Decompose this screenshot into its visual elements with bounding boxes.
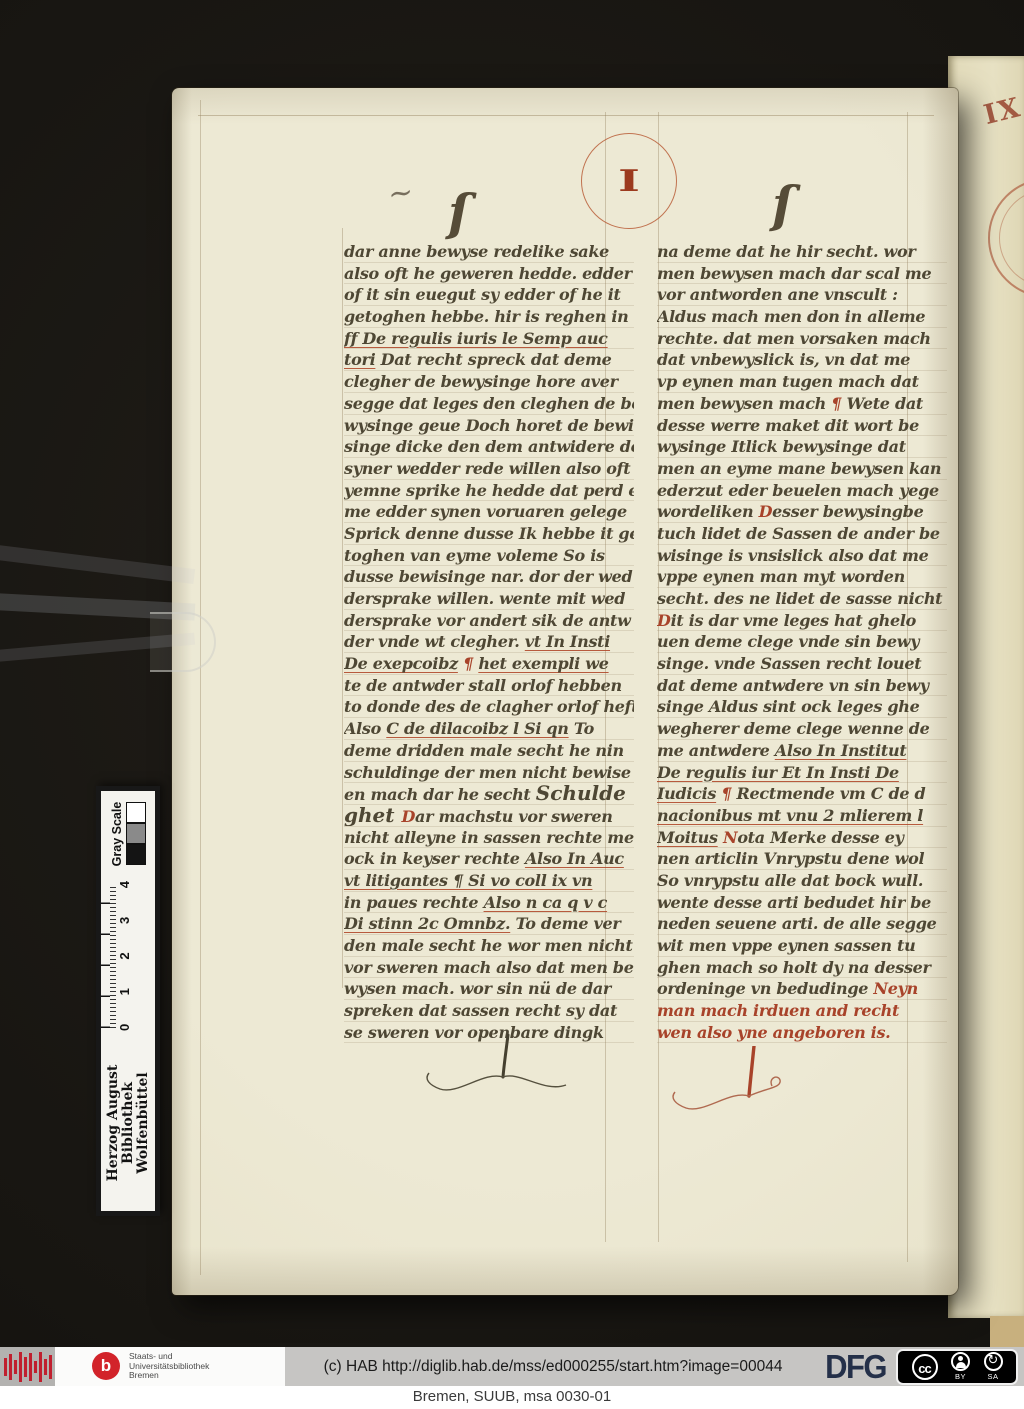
gray-scale-swatches <box>126 803 146 866</box>
sa-label: SA <box>987 1372 998 1381</box>
manuscript-line: me edder synen voruaren gelege <box>344 501 634 523</box>
manuscript-line: wordeliken Desser bewysingbe <box>657 501 947 523</box>
manuscript-line: vppe eynen man myt worden <box>657 566 947 588</box>
hab-barcode-logo <box>0 1347 55 1386</box>
manuscript-line: wysinge geue Doch horet de bewi <box>344 415 634 437</box>
share-alike-icon: ↻ <box>984 1352 1003 1371</box>
manuscript-line: na deme dat he hir secht. wor <box>657 241 947 263</box>
hab-bar <box>44 1359 47 1375</box>
manuscript-line: Dit is dar vme leges hat ghelo <box>657 610 947 632</box>
manuscript-line: nacionibus mt vnu 2 mlierem l <box>657 805 947 827</box>
manuscript-line: vt litigantes ¶ Si vo coll ix vn <box>344 870 634 892</box>
manuscript-line: man mach irduen and recht <box>657 1000 947 1022</box>
manuscript-line: ock in keyser rechte Also In Auc <box>344 848 634 870</box>
manuscript-line: tuch lidet de Sassen de ander be <box>657 523 947 545</box>
page-clip <box>150 612 216 672</box>
cc-license-badge: cc BY ↻ SA <box>896 1349 1018 1385</box>
pen-flourish-icon <box>420 1033 580 1105</box>
manuscript-line: syner wedder rede willen also oft <box>344 458 634 480</box>
manuscript-line: desse werre maket dit wort be <box>657 415 947 437</box>
manuscript-line: nen articlin Vnrypstu dene wol <box>657 848 947 870</box>
folio-circle: I <box>581 133 677 229</box>
next-folio-circle <box>988 178 1024 298</box>
hab-bar <box>34 1361 37 1373</box>
manuscript-page: I ~ ſ ſ dar anne bewyse redelike sakeals… <box>172 88 958 1295</box>
manuscript-line: singe. vnde Sassen recht louet <box>657 653 947 675</box>
hab-bar <box>39 1352 42 1382</box>
hab-bar <box>24 1357 27 1377</box>
ruler-number: 3 <box>117 917 132 924</box>
manuscript-line: yemne sprike he hedde dat perd e <box>344 480 634 502</box>
bremen-library-name: Staats- undUniversitätsbibliothekBremen <box>129 1352 209 1381</box>
copyright-text: (c) HAB http://diglib.hab.de/mss/ed00025… <box>285 1358 821 1376</box>
manuscript-line: dusse bewisinge nar. dor der wed <box>344 566 634 588</box>
manuscript-line: Moitus Nota Merke desse ey <box>657 827 947 849</box>
sa-sharealike: ↻ SA <box>984 1352 1003 1381</box>
ruling-line <box>342 228 343 988</box>
manuscript-line: men an eyme mane bewysen kan <box>657 458 947 480</box>
next-page-edge: IX <box>948 56 1024 1318</box>
manuscript-line: rechte. dat men vorsaken mach <box>657 328 947 350</box>
manuscript-line: also oft he geweren hedde. edder <box>344 263 634 285</box>
column-mark-icon: ſ <box>448 188 470 238</box>
scan-viewer: IX I ~ ſ ſ dar anne bewyse redelike sake… <box>0 0 1024 1409</box>
manuscript-line: nicht alleyne in sassen rechte mer <box>344 827 634 849</box>
caption-text: Bremen, SUUB, msa 0030-01 <box>0 1386 1024 1409</box>
bremen-b-icon: b <box>92 1352 120 1380</box>
manuscript-line: vor sweren mach also dat men be <box>344 957 634 979</box>
ruler-scale: 01234 <box>101 877 132 1035</box>
by-attribution: BY <box>951 1352 970 1381</box>
manuscript-line: wit men vppe eynen sassen tu <box>657 935 947 957</box>
manuscript-line: Also C de dilacoibz l Si qn To <box>344 718 634 740</box>
photo-background: IX I ~ ſ ſ dar anne bewyse redelike sake… <box>0 0 1024 1347</box>
manuscript-line: singe dicke den dem antwidere dor <box>344 436 634 458</box>
manuscript-line: ff De regulis iuris le Semp auc <box>344 328 634 350</box>
manuscript-line: ghen mach so holt dy na desser <box>657 957 947 979</box>
gray-scale-title: Gray Scale <box>110 802 124 867</box>
manuscript-line: Iudicis ¶ Rectmende vm C de d <box>657 783 947 805</box>
manuscript-line: tori Dat recht spreck dat deme <box>344 349 634 371</box>
hab-bar <box>4 1358 7 1376</box>
bremen-text-line: Bremen <box>129 1371 209 1381</box>
manuscript-line: toghen van eyme voleme So is <box>344 545 634 567</box>
hab-bar <box>14 1360 17 1374</box>
manuscript-line: dat vnbewyslick is, vn dat me <box>657 349 947 371</box>
dfg-logo: DFG <box>825 1347 886 1386</box>
manuscript-line: De regulis iur Et In Insti De <box>657 762 947 784</box>
manuscript-line: dat deme antwdere vn sin bewy <box>657 675 947 697</box>
hab-bar <box>29 1353 32 1381</box>
gray-scale-patch: Gray Scale <box>110 791 146 877</box>
pen-squiggle-icon: ~ <box>386 174 416 212</box>
manuscript-line: dersprake willen. wente mit wed <box>344 588 634 610</box>
gray-swatch <box>126 824 146 845</box>
manuscript-line: en mach dar he secht Schulde <box>344 783 634 805</box>
ruler-number: 2 <box>117 952 132 959</box>
manuscript-line: wente desse arti bedudet hir be <box>657 892 947 914</box>
manuscript-line: vor antworden ane vnscult : <box>657 284 947 306</box>
library-city: Wolfenbüttel <box>136 1035 151 1211</box>
manuscript-line: uen deme clege vnde sin bewy <box>657 631 947 653</box>
ruler-number: 1 <box>117 988 132 995</box>
manuscript-line: getoghen hebbe. hir is reghen in <box>344 306 634 328</box>
hab-bar <box>9 1354 12 1380</box>
manuscript-line: wysen mach. wor sin nü de dar <box>344 978 634 1000</box>
hab-bar <box>49 1355 52 1379</box>
manuscript-line: So vnrypstu alle dat bock wull. <box>657 870 947 892</box>
ruler-numbers: 01234 <box>116 877 132 1035</box>
manuscript-line: Di stinn 2c Omnbz. To deme ver <box>344 913 634 935</box>
manuscript-line: deme dridden male secht he nin <box>344 740 634 762</box>
gray-scale-ruler: Herzog August Bibliothek Wolfenbüttel 01… <box>96 1216 526 1280</box>
page-clip-arm <box>0 543 195 584</box>
next-folio-inner-ring <box>999 189 1024 287</box>
manuscript-line: wysinge Itlick bewysinge dat <box>657 436 947 458</box>
manuscript-line: men bewysen mach ¶ Wete dat <box>657 393 947 415</box>
manuscript-line: me antwdere Also In Institut <box>657 740 947 762</box>
manuscript-line: spreken dat sassen recht sy dat <box>344 1000 634 1022</box>
cc-icon: cc <box>912 1354 938 1380</box>
manuscript-line: schuldinge der men nicht bewise <box>344 762 634 784</box>
manuscript-line: in paues rechte Also n ca q v c <box>344 892 634 914</box>
next-folio-number: IX <box>981 92 1024 131</box>
text-column-right: na deme dat he hir secht. wormen bewysen… <box>657 241 947 1043</box>
ruler-number: 0 <box>117 1024 132 1031</box>
manuscript-line: der vnde wt clegher. vt In Insti <box>344 631 634 653</box>
manuscript-line: singe Aldus sint ock leges ghe <box>657 696 947 718</box>
footer-bar: b Staats- undUniversitätsbibliothekBreme… <box>0 1347 1024 1386</box>
manuscript-line: dersprake vor andert sik de antw <box>344 610 634 632</box>
ruler-number: 4 <box>117 881 132 888</box>
bremen-library-logo: b Staats- undUniversitätsbibliothekBreme… <box>55 1347 285 1386</box>
text-column-left: dar anne bewyse redelike sakealso oft he… <box>344 241 634 1043</box>
ruling-line <box>198 115 934 116</box>
next-page-corner <box>990 1316 1024 1347</box>
manuscript-line: ederzut eder beuelen mach yege <box>657 480 947 502</box>
manuscript-line: men bewysen mach dar scal me <box>657 263 947 285</box>
manuscript-line: Sprick denne dusse Ik hebbe it ge <box>344 523 634 545</box>
person-icon <box>951 1352 970 1371</box>
manuscript-line: te de antwder stall orlof hebben <box>344 675 634 697</box>
manuscript-line: wen also yne angeboren is. <box>657 1022 947 1044</box>
manuscript-line: wisinge is vnsislick also dat me <box>657 545 947 567</box>
manuscript-line: secht. des ne lidet de sasse nicht <box>657 588 947 610</box>
manuscript-line: of it sin euegut sy edder of he it <box>344 284 634 306</box>
manuscript-line: De exepcoibz ¶ het exempli we <box>344 653 634 675</box>
ruler-library-label: Herzog August Bibliothek Wolfenbüttel <box>106 1035 151 1211</box>
by-label: BY <box>955 1372 966 1381</box>
manuscript-line: wegherer deme clege wenne de <box>657 718 947 740</box>
manuscript-line: Aldus mach men don in alleme <box>657 306 947 328</box>
manuscript-line: to donde des de clagher orlof heft <box>344 696 634 718</box>
gray-swatch <box>126 845 146 866</box>
manuscript-line: segge dat leges den cleghen de be <box>344 393 634 415</box>
hab-bar <box>19 1352 22 1382</box>
folio-number: I <box>618 164 640 199</box>
manuscript-line: neden seuene arti. de alle segge <box>657 913 947 935</box>
manuscript-line: den male secht he wor men nicht <box>344 935 634 957</box>
ruling-line <box>200 100 201 1275</box>
manuscript-line: clegher de bewysinge hore aver <box>344 371 634 393</box>
ruler-major-ticks <box>101 884 110 1028</box>
gray-swatch <box>126 803 146 824</box>
column-mark-icon: ſ <box>772 180 794 230</box>
manuscript-line: dar anne bewyse redelike sake <box>344 241 634 263</box>
manuscript-line: vp eynen man tugen mach dat <box>657 371 947 393</box>
manuscript-line: ghet Dar machstu vor sweren <box>344 805 634 827</box>
library-name: Herzog August Bibliothek <box>106 1035 136 1211</box>
manuscript-line: ordeninge vn bedudinge Neyn <box>657 978 947 1000</box>
pen-flourish-icon <box>664 1046 824 1124</box>
